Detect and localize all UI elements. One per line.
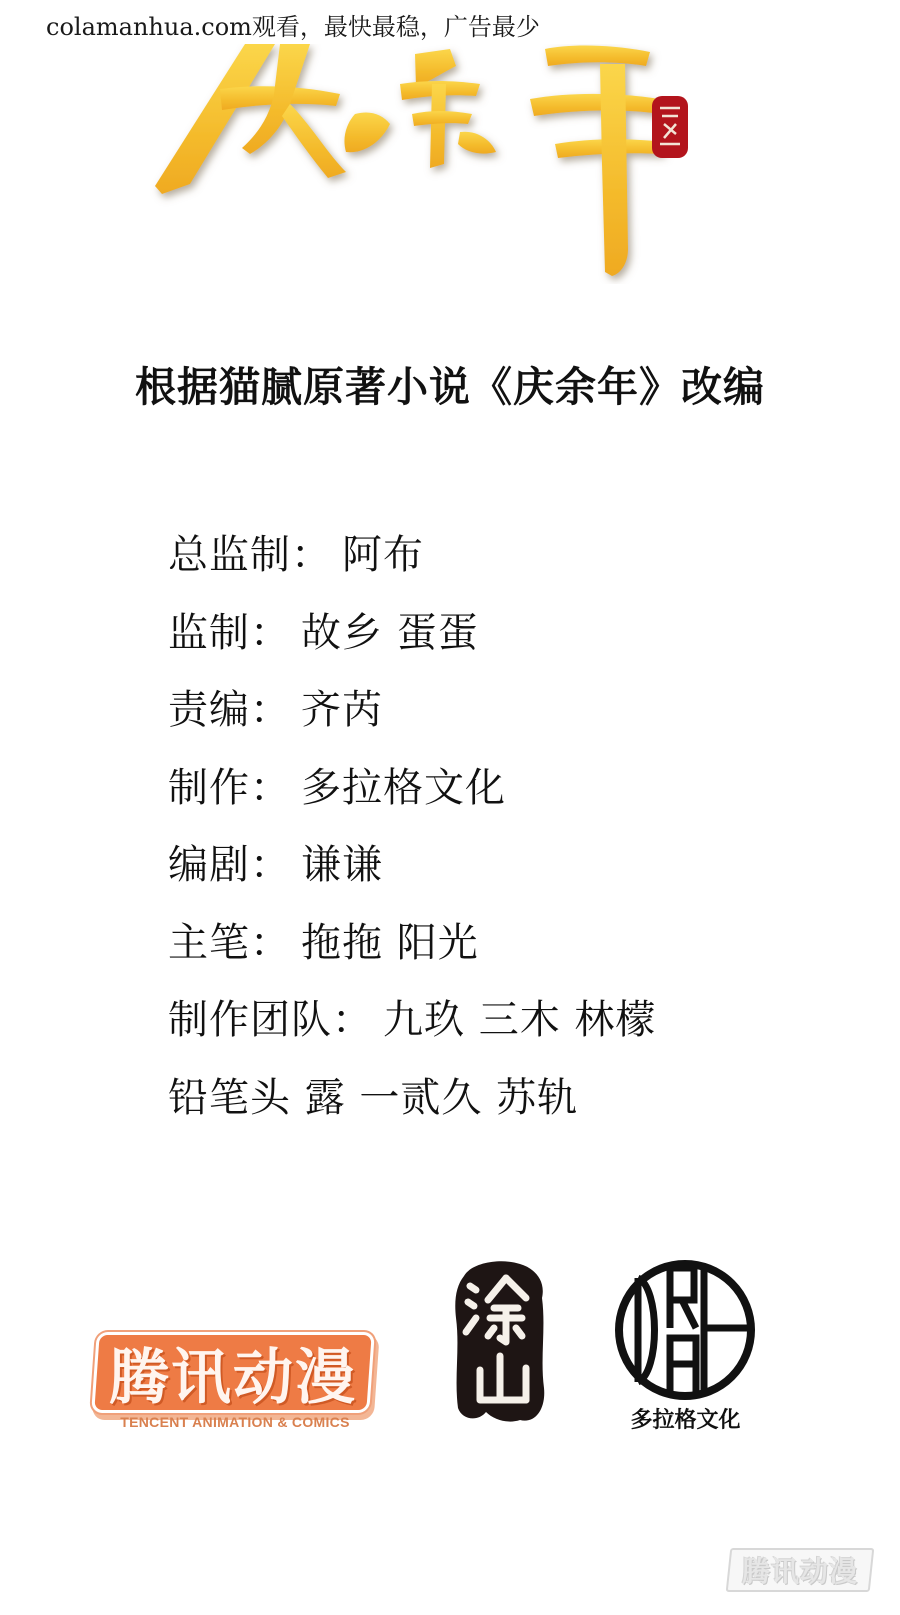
- tushan-logo: [450, 1258, 550, 1428]
- credit-separator: ：: [250, 842, 291, 888]
- tencent-logo-subtitle: TENCENT ANIMATION & COMICS: [95, 1414, 375, 1430]
- tencent-animation-logo: 腾讯动漫 TENCENT ANIMATION & COMICS: [95, 1335, 375, 1435]
- credit-row: 监制：故乡 蛋蛋: [168, 595, 656, 673]
- credits-list: 总监制：阿布 监制：故乡 蛋蛋 责编：齐芮 制作：多拉格文化 编剧：谦谦 主笔：…: [168, 517, 656, 1137]
- credit-separator: ：: [250, 610, 291, 656]
- credit-names: 铅笔头 露 一贰久 苏轨: [168, 1075, 578, 1121]
- credit-separator: ：: [250, 765, 291, 811]
- drag-monogram-icon: [608, 1258, 763, 1403]
- tencent-logo-badge: 腾讯动漫: [94, 1335, 371, 1410]
- red-seal-icon: [652, 96, 688, 158]
- credit-role: 监制: [168, 610, 250, 656]
- credit-names: 齐芮: [301, 687, 383, 733]
- credit-names: 故乡 蛋蛋: [301, 610, 479, 656]
- title-calligraphy-logo: [150, 44, 710, 284]
- credit-row: 总监制：阿布: [168, 517, 656, 595]
- credit-role: 制作: [168, 765, 250, 811]
- calligraphy-title-icon: [150, 44, 710, 284]
- credit-names: 多拉格文化: [301, 765, 506, 811]
- tushan-ink-seal-icon: [450, 1258, 550, 1428]
- credit-row-continued: 铅笔头 露 一贰久 苏轨: [168, 1060, 656, 1138]
- credit-separator: ：: [332, 997, 373, 1043]
- adaptation-credit: 根据猫腻原著小说《庆余年》改编: [0, 354, 900, 413]
- drag-logo-caption: 多拉格文化: [608, 1403, 763, 1434]
- credit-row: 编剧：谦谦: [168, 827, 656, 905]
- credit-names: 拖拖 阳光: [301, 920, 479, 966]
- credit-row: 责编：齐芮: [168, 672, 656, 750]
- credit-names: 谦谦: [301, 842, 383, 888]
- credit-row: 主笔：拖拖 阳光: [168, 905, 656, 983]
- tencent-watermark-text: 腾讯动漫: [742, 1550, 858, 1590]
- tencent-logo-text: 腾讯动漫: [109, 1330, 357, 1416]
- site-watermark: colamanhua.com观看，最快最稳，广告最少: [46, 10, 546, 44]
- drag-culture-logo: 多拉格文化: [608, 1258, 763, 1438]
- credit-row: 制作：多拉格文化: [168, 750, 656, 828]
- credit-separator: ：: [291, 532, 332, 578]
- tencent-watermark-logo: 腾讯动漫: [726, 1548, 875, 1592]
- credit-separator: ：: [250, 920, 291, 966]
- credit-role: 主笔: [168, 920, 250, 966]
- credit-role: 总监制: [168, 532, 291, 578]
- credit-role: 编剧: [168, 842, 250, 888]
- credit-names: 阿布: [342, 532, 424, 578]
- credit-names: 九玖 三木 林檬: [383, 997, 656, 1043]
- credit-row: 制作团队：九玖 三木 林檬: [168, 982, 656, 1060]
- credit-role: 责编: [168, 687, 250, 733]
- credit-separator: ：: [250, 687, 291, 733]
- credit-role: 制作团队: [168, 997, 332, 1043]
